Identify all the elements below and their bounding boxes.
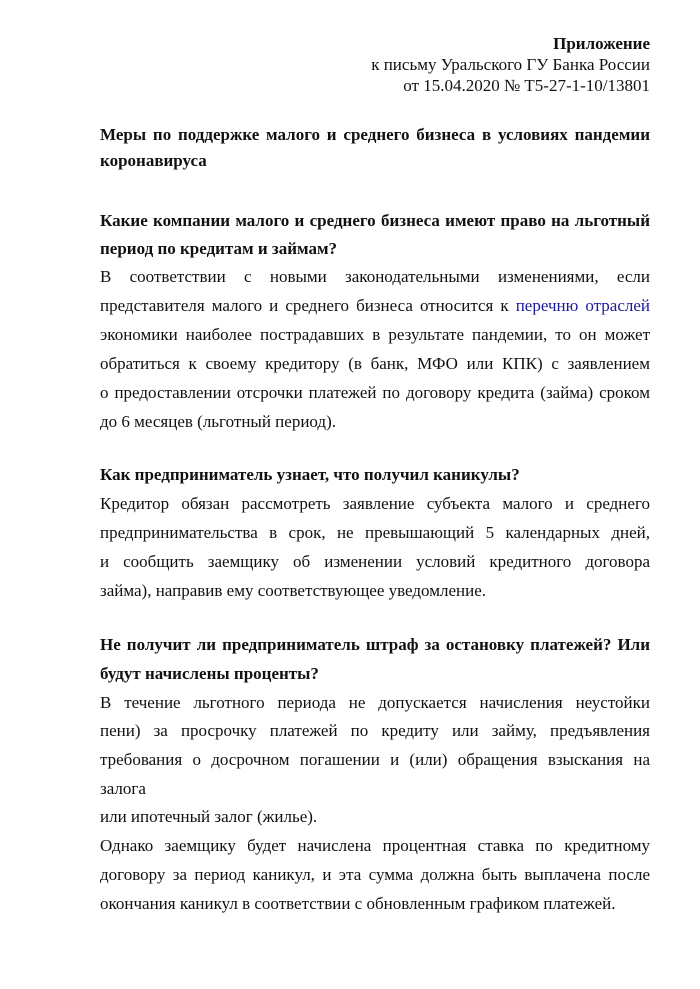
section-2-body-line-2: предпринимательства в срок, не превышающ…: [100, 522, 650, 544]
section-2-body-line-4: займа), направив ему соответствующее уве…: [100, 580, 650, 602]
section-3-body-line-4: залога: [100, 778, 650, 800]
section-2-body-line-3: и сообщить заемщику об изменении условий…: [100, 551, 650, 573]
industries-list-link[interactable]: перечню отраслей: [516, 296, 650, 315]
appendix-title: Приложение: [371, 33, 650, 54]
section-2-heading: Как предприниматель узнает, что получил …: [100, 464, 650, 486]
section-1-body-line-2: представителя малого и среднего бизнеса …: [100, 295, 650, 317]
document-title-line-1: Меры по поддержке малого и среднего бизн…: [100, 124, 650, 146]
appendix-letter-reference: к письму Уральского ГУ Банка России: [371, 54, 650, 75]
section-1-body-line-3: экономики наиболее пострадавших в резуль…: [100, 324, 650, 346]
section-3-body-line-5: или ипотечный залог (жилье).: [100, 806, 650, 828]
section-1-heading-line-1: Какие компании малого и среднего бизнеса…: [100, 210, 650, 232]
section-3-body-line-6: Однако заемщику будет начислена процентн…: [100, 835, 650, 857]
section-1-body-line-1: В соответствии с новыми законодательными…: [100, 266, 650, 288]
section-1-heading-line-2: период по кредитам и займам?: [100, 238, 650, 260]
section-1-body-line-4: обратиться к своему кредитору (в банк, М…: [100, 353, 650, 375]
section-1-body-line-5: о предоставлении отсрочки платежей по до…: [100, 382, 650, 404]
section-3-heading-line-2: будут начислены проценты?: [100, 663, 650, 685]
section-3-body-line-1: В течение льготного периода не допускает…: [100, 692, 650, 714]
section-3-heading-line-1: Не получит ли предприниматель штраф за о…: [100, 634, 650, 656]
document-page: Приложение к письму Уральского ГУ Банка …: [0, 0, 700, 989]
section-3-body-line-3: требования о досрочном погашении и (или)…: [100, 749, 650, 771]
section-3-body-line-2: пени) за просрочку платежей по кредиту и…: [100, 720, 650, 742]
section-3-body-line-8: окончания каникул в соответствии с обнов…: [100, 893, 650, 915]
document-title-line-2: коронавируса: [100, 150, 650, 172]
section-1-body-line-6: до 6 месяцев (льготный период).: [100, 411, 650, 433]
section-3-body-line-7: договору за период каникул, и эта сумма …: [100, 864, 650, 886]
appendix-letter-date-number: от 15.04.2020 № Т5-27-1-10/13801: [371, 75, 650, 96]
appendix-header: Приложение к письму Уральского ГУ Банка …: [371, 33, 650, 96]
section-1-body-line-2-text: представителя малого и среднего бизнеса …: [100, 296, 509, 315]
section-2-body-line-1: Кредитор обязан рассмотреть заявление су…: [100, 493, 650, 515]
